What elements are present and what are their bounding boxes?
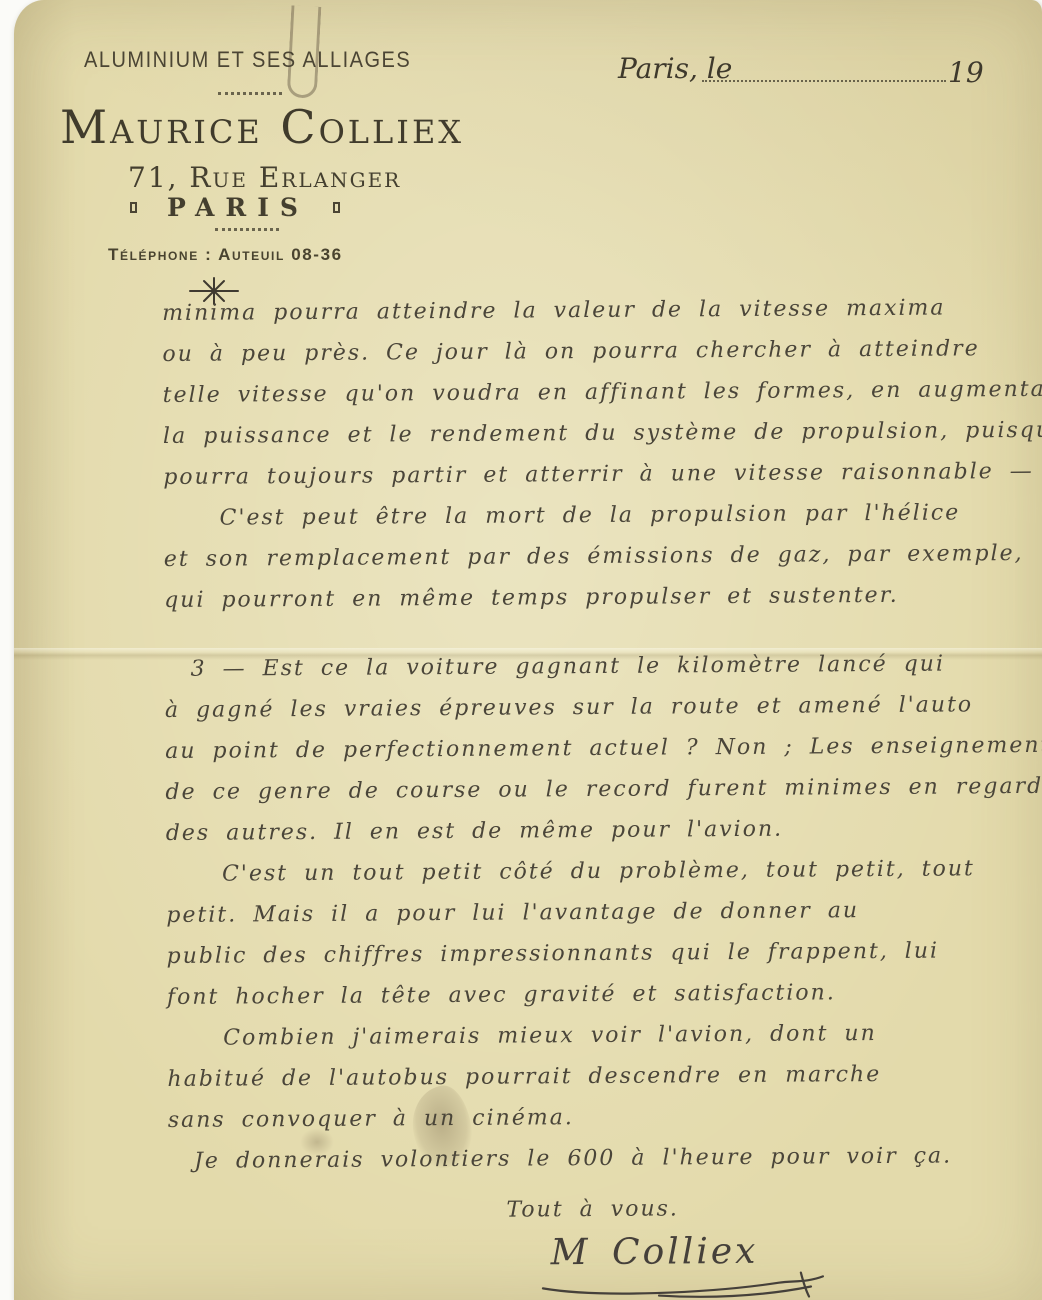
- handwritten-line: la puissance et le rendement du système …: [163, 410, 1029, 457]
- handwritten-line: pourra toujours partir et atterrir à une…: [163, 451, 1029, 498]
- signature-block: M Colliex: [169, 1229, 1035, 1300]
- handwritten-line: Combien j'aimerais mieux voir l'avion, d…: [167, 1012, 1033, 1059]
- handwritten-line: public des chiffres impressionnants qui …: [166, 930, 1032, 977]
- closing-salutation: Tout à vous.: [168, 1186, 1034, 1233]
- handwritten-line: C'est peut être la mort de la propulsion…: [163, 492, 1029, 539]
- handwritten-line: et son remplacement par des émissions de…: [164, 533, 1030, 580]
- dateline-year-prefix: 19: [948, 56, 984, 89]
- handwritten-line: au point de perfectionnement actuel ? No…: [165, 725, 1031, 772]
- dateline: Paris, le 19: [618, 52, 998, 85]
- dotted-ornament-rule-bottom: [215, 228, 279, 231]
- handwritten-line: des autres. Il en est de même pour l'avi…: [166, 807, 1032, 854]
- letterhead-company-name: Maurice Colliex: [60, 100, 464, 154]
- signature-flourish: [539, 1270, 829, 1300]
- handwritten-line: sans convoquer à un cinéma.: [168, 1094, 1034, 1141]
- handwritten-body: minima pourra atteindre la valeur de la …: [162, 287, 1035, 1300]
- signature-text: M Colliex: [551, 1231, 759, 1273]
- handwritten-line: telle vitesse qu'on voudra en affinant l…: [163, 369, 1029, 416]
- handwritten-line: de ce genre de course ou le record furen…: [165, 766, 1031, 813]
- handwritten-line: ou à peu près. Ce jour là on pourra cher…: [162, 328, 1028, 375]
- handwritten-line: Je donnerais volontiers le 600 à l'heure…: [168, 1135, 1034, 1182]
- square-ornament-right: [333, 202, 340, 213]
- letterhead-phone: Téléphone : Auteuil 08-36: [108, 245, 343, 265]
- letterhead-address: 71, Rue Erlanger: [128, 161, 401, 194]
- letterhead-tagline: ALUMINIUM ET SES ALLIAGES: [84, 48, 411, 74]
- handwritten-line: à gagné les vraies épreuves sur la route…: [165, 684, 1031, 731]
- dotted-ornament-rule-top: [218, 92, 282, 95]
- handwritten-line: 3 — Est ce la voiture gagnant le kilomèt…: [164, 643, 1030, 690]
- dateline-fill-rule: [702, 80, 946, 82]
- handwritten-line: C'est un tout petit côté du problème, to…: [166, 848, 1032, 895]
- letterhead-city: Paris: [161, 193, 309, 222]
- handwritten-line: qui pourront en même temps propulser et …: [164, 574, 1030, 621]
- handwritten-line: petit. Mais il a pour lui l'avantage de …: [166, 889, 1032, 936]
- handwritten-line: font hocher la tête avec gravité et sati…: [167, 971, 1033, 1018]
- square-ornament-left: [130, 202, 137, 213]
- handwritten-line: habitué de l'autobus pourrait descendre …: [167, 1053, 1033, 1100]
- letterhead-city-row: Paris: [130, 193, 340, 222]
- handwritten-line: minima pourra atteindre la valeur de la …: [162, 287, 1028, 334]
